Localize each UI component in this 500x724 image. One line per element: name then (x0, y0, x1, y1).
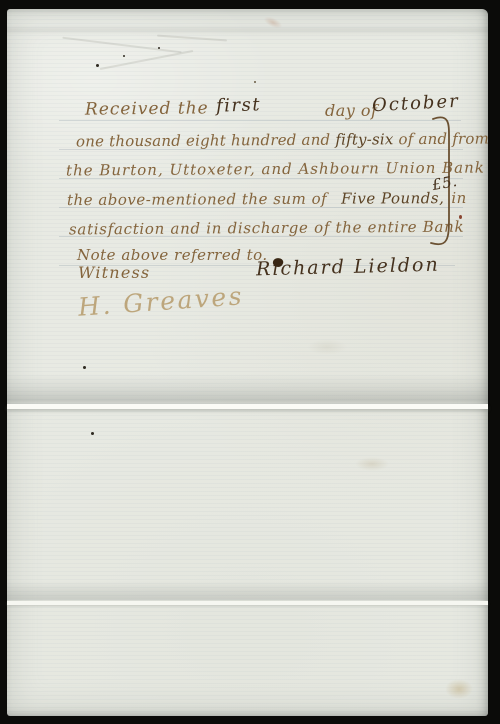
receipt-line-amount: the above-mentioned the sum ofFive Pound… (67, 189, 467, 209)
pin-hole (96, 64, 99, 67)
year-line-prefix: one thousand eight hundred and (76, 131, 335, 151)
note-referred-text: Note above referred to. (77, 246, 268, 264)
pin-hole (83, 366, 86, 369)
witness-signature: H. Greaves (77, 281, 245, 322)
lower-fold-crease-shadow (7, 581, 488, 601)
paper-stain (445, 679, 473, 699)
lower-fold-crease-highlight (7, 601, 488, 605)
pin-hole (91, 432, 94, 435)
payee-signature: Richard Lieldon (256, 254, 440, 281)
amount-line-prefix: the above-mentioned the sum of (67, 190, 327, 209)
paper-stain (262, 14, 284, 31)
paper-stain (307, 339, 347, 355)
scanned-receipt-photo: { "scan": { "background_color": "#0b0b09… (0, 0, 500, 724)
received-the-text: Received the (85, 98, 209, 119)
day-of-text: day of (325, 101, 377, 120)
paper-wrinkle (62, 37, 181, 54)
paper-sheet: Received the first day of October one th… (7, 9, 488, 716)
middle-fold-crease-shadow (7, 374, 488, 404)
paper-speck (254, 81, 256, 83)
pin-hole (123, 55, 125, 57)
paper-wrinkle (157, 35, 227, 42)
ruled-line (59, 120, 461, 121)
year-value-handwriting: fifty-six (335, 130, 393, 148)
discharge-clause-text: satisfaction and in discharge of the ent… (69, 218, 464, 239)
witness-label: Witness (78, 263, 150, 282)
middle-fold-crease-highlight (7, 404, 488, 409)
paper-stain (355, 457, 389, 471)
paper-wrinkle (100, 50, 194, 70)
bank-name-text: the Burton, Uttoxeter, and Ashbourn Unio… (66, 159, 485, 180)
day-value-handwriting: first (216, 94, 262, 117)
pin-hole (158, 47, 160, 49)
top-fold-crease (7, 25, 488, 35)
